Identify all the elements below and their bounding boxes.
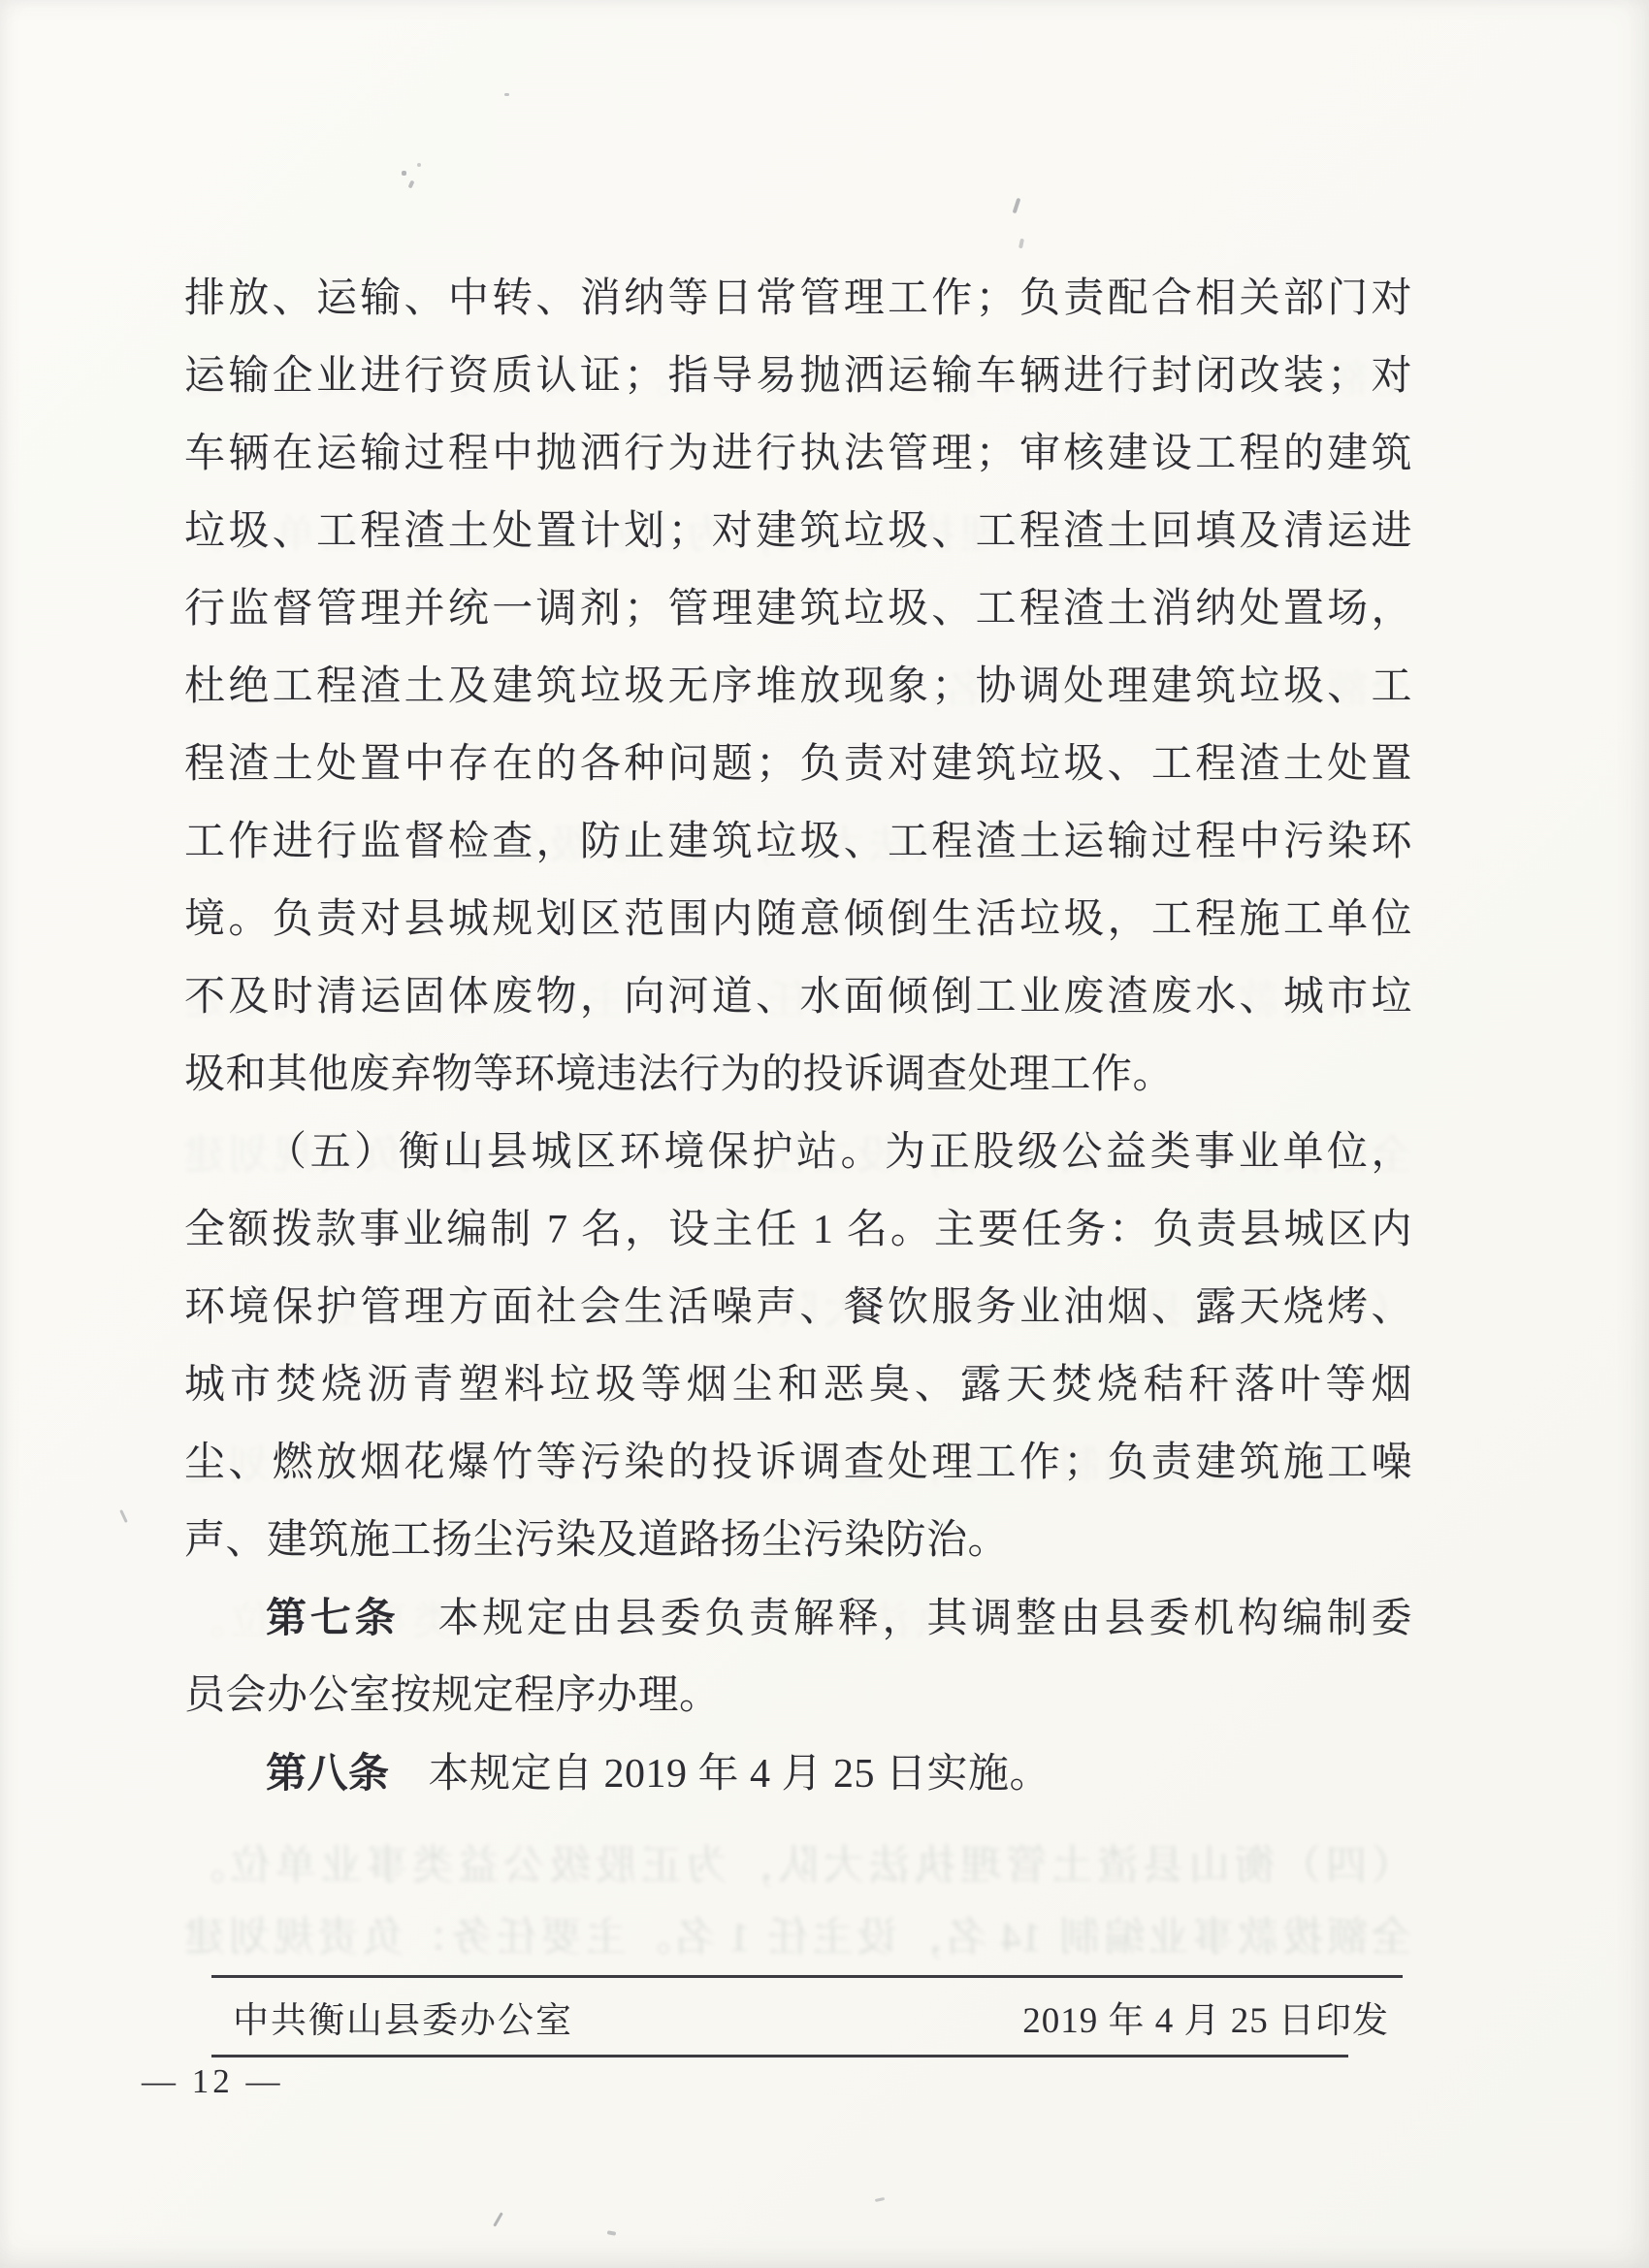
body-line: 程渣土处置中存在的各种问题；负责对建筑垃圾、工程渣土处置 bbox=[184, 726, 1412, 803]
page-number: — 12 — bbox=[142, 2062, 284, 2101]
article-eight-label: 第八条 bbox=[266, 1750, 390, 1796]
footer-bottom-rule bbox=[211, 2055, 1348, 2057]
paragraph-five-line: （五）衡山县城区环境保护站。为正股级公益类事业单位， bbox=[184, 1114, 1412, 1191]
scanned-document-page: 全额拨款事业编制 14 名，设主任 1 名。主要任务：负责规划建 （四）衡山县渣… bbox=[0, 0, 1649, 2268]
body-line: 境。负责对县城规划区范围内随意倾倒生活垃圾，工程施工单位 bbox=[184, 881, 1412, 958]
bleedthrough-text: （四）衡山县渣土管理执法大队，为正股级公益类事业单位。 bbox=[184, 1828, 1412, 1905]
bleedthrough-text: 全额拨款事业编制 14 名，设主任 1 名。主要任务：负责规划建 bbox=[184, 1899, 1412, 1977]
article-seven-line: 员会办公室按规定程序办理。 bbox=[184, 1657, 1412, 1734]
paragraph-five-line: 全额拨款事业编制 7 名，设主任 1 名。主要任务：负责县城区内 bbox=[184, 1191, 1412, 1269]
article-eight-text: 本规定自 2019 年 4 月 25 日实施。 bbox=[429, 1752, 1051, 1797]
scan-speck bbox=[1013, 198, 1021, 213]
scan-speck bbox=[417, 163, 421, 167]
footer-print-date: 2019 年 4 月 25 日印发 bbox=[1022, 1991, 1403, 2043]
paragraph-five-line: 环境保护管理方面社会生活噪声、餐饮服务业油烟、露天烧烤、 bbox=[184, 1269, 1412, 1346]
scan-speck bbox=[607, 2230, 617, 2236]
document-body: 排放、运输、中转、消纳等日常管理工作；负责配合相关部门对 运输企业进行资质认证；… bbox=[184, 260, 1412, 1812]
scan-speck bbox=[408, 180, 415, 189]
paragraph-five-line: 尘、燃放烟花爆竹等污染的投诉调查处理工作；负责建筑施工噪 bbox=[184, 1424, 1412, 1502]
body-line: 车辆在运输过程中抛洒行为进行执法管理；审核建设工程的建筑 bbox=[184, 415, 1412, 493]
article-seven-label: 第七条 bbox=[266, 1595, 399, 1640]
body-line: 工作进行监督检查，防止建筑垃圾、工程渣土运输过程中污染环 bbox=[184, 803, 1412, 881]
article-seven-text: 本规定由县委负责解释，其调整由县委机构编制委 bbox=[437, 1597, 1412, 1641]
scan-speck bbox=[504, 93, 509, 96]
body-line: 圾和其他废弃物等环境违法行为的投诉调查处理工作。 bbox=[184, 1036, 1412, 1114]
footer: 中共衡山县委办公室 2019 年 4 月 25 日印发 bbox=[211, 1986, 1403, 2048]
scan-speck bbox=[119, 1509, 128, 1523]
paragraph-five-line: 声、建筑施工扬尘污染及道路扬尘污染防治。 bbox=[184, 1502, 1412, 1579]
body-line: 行监督管理并统一调剂；管理建筑垃圾、工程渣土消纳处置场， bbox=[184, 570, 1412, 648]
body-line: 运输企业进行资质认证；指导易抛洒运输车辆进行封闭改装；对 bbox=[184, 338, 1412, 415]
scan-speck bbox=[875, 2197, 885, 2202]
scan-speck bbox=[493, 2212, 503, 2226]
scan-speck bbox=[1018, 239, 1024, 249]
footer-issuer: 中共衡山县委办公室 bbox=[211, 1991, 573, 2043]
article-seven-line: 第七条本规定由县委负责解释，其调整由县委机构编制委 bbox=[184, 1579, 1412, 1657]
body-line: 不及时清运固体废物，向河道、水面倾倒工业废渣废水、城市垃 bbox=[184, 958, 1412, 1036]
body-line: 垃圾、工程渣土处置计划；对建筑垃圾、工程渣土回填及清运进 bbox=[184, 493, 1412, 570]
scan-speck bbox=[402, 171, 406, 176]
paragraph-five-line: 城市焚烧沥青塑料垃圾等烟尘和恶臭、露天焚烧秸秆落叶等烟 bbox=[184, 1346, 1412, 1424]
body-line: 排放、运输、中转、消纳等日常管理工作；负责配合相关部门对 bbox=[184, 260, 1412, 338]
footer-top-rule bbox=[211, 1975, 1403, 1978]
article-eight-line: 第八条本规定自 2019 年 4 月 25 日实施。 bbox=[184, 1734, 1412, 1812]
body-line: 杜绝工程渣土及建筑垃圾无序堆放现象；协调处理建筑垃圾、工 bbox=[184, 648, 1412, 726]
